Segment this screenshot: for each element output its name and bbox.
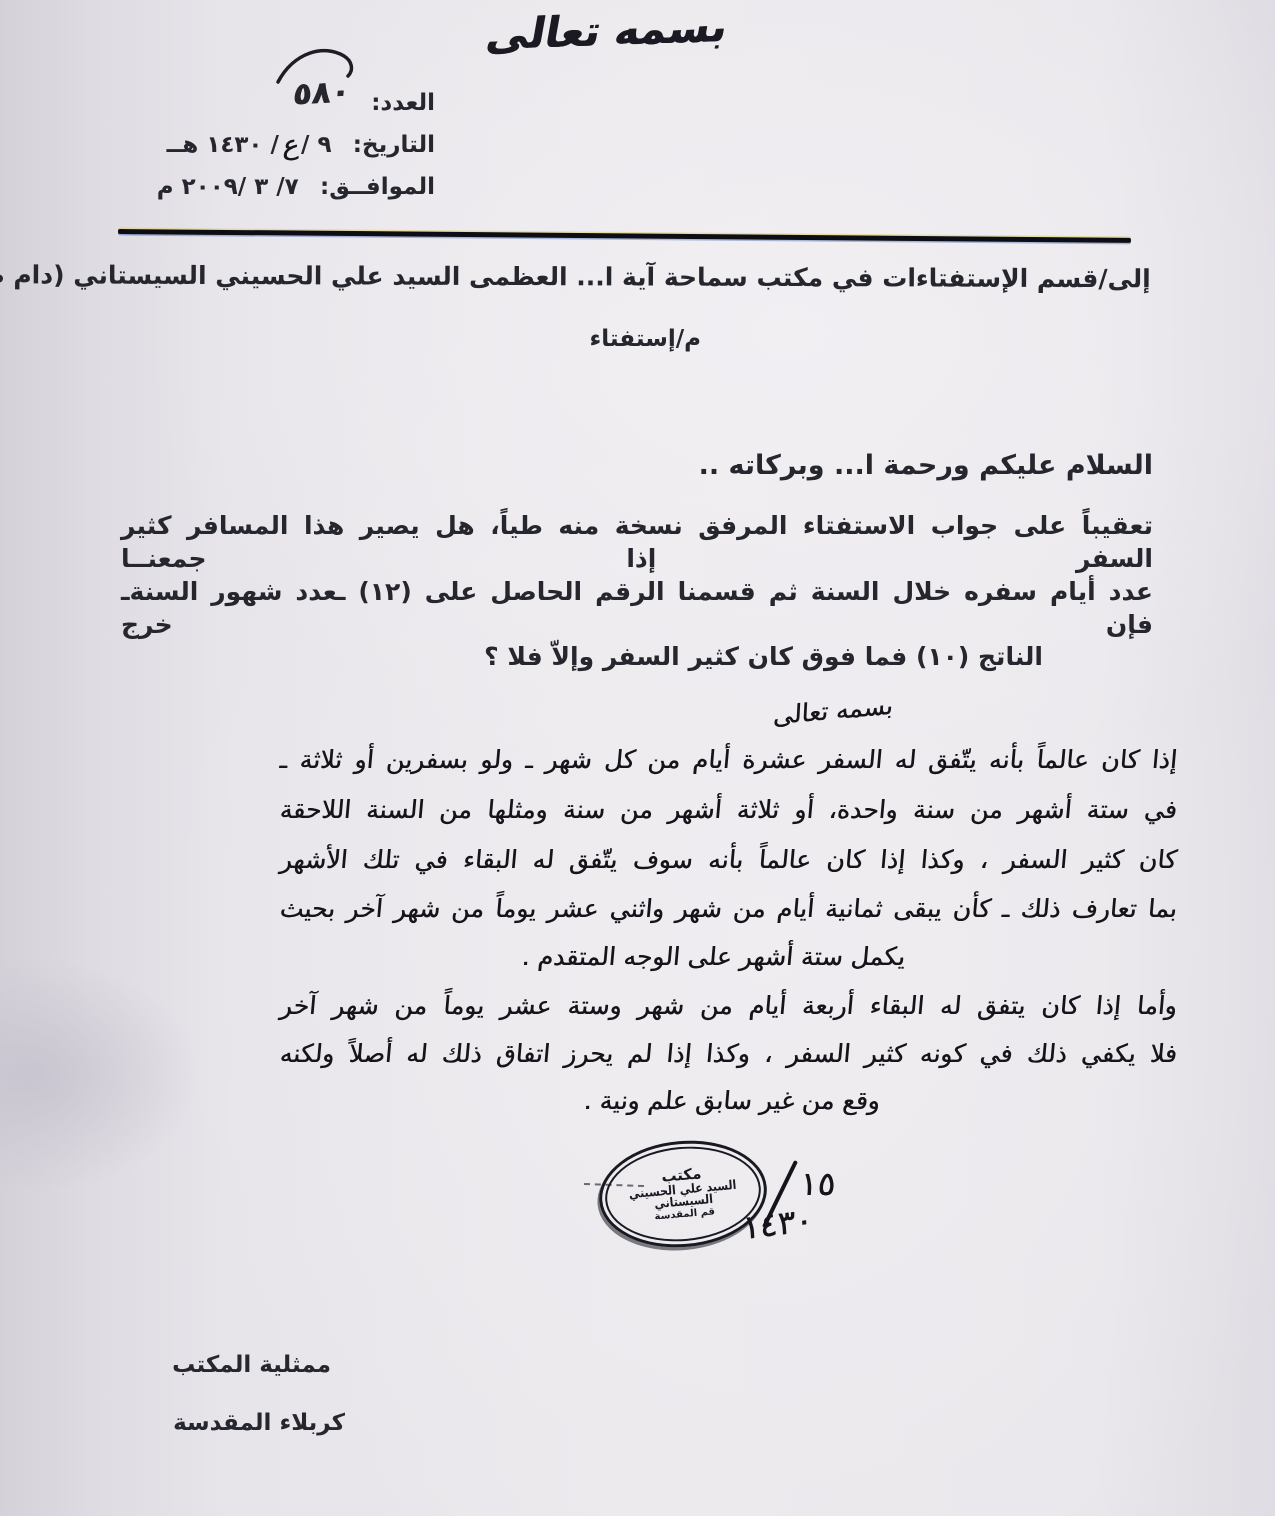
basmala-calligraphy: بسمه تعالى: [482, 2, 731, 60]
salutation-line: السلام عليكم ورحمة ا... وبركاته ..: [699, 450, 1153, 481]
document-number-row: العدد: ٥٨٠: [293, 82, 435, 118]
question-line-1: تعقيباً على جواب الاستفتاء المرفق نسخة م…: [121, 510, 1153, 575]
hijri-date-month-handwritten: ع: [282, 129, 301, 162]
footer-city-name: كربلاء المقدسة: [173, 1410, 345, 1436]
seal-date-year: ١٤٣٠: [742, 1200, 814, 1248]
hijri-date-day: ٩ /: [301, 132, 331, 158]
answer-line-3: كان كثير السفر ، وكذا إذا كان عالماً بأن…: [279, 844, 1179, 875]
gregorian-date-value: ٧/ ٣ /٢٠٠٩ م: [157, 174, 299, 200]
hijri-date-year: / ١٤٣٠ هــ: [167, 132, 279, 158]
gregorian-date-label: الموافــق:: [320, 174, 435, 200]
answer-line-2: في ستة أشهر من سنة واحدة، أو ثلاثة أشهر …: [279, 794, 1179, 825]
header-divider-line: [118, 229, 1131, 243]
answer-line-7: فلا يكفي ذلك في كونه كثير السفر ، وكذا إ…: [279, 1038, 1179, 1069]
seal-text-block: مكتب السيد علي الحسيني السيستاني قم المق…: [627, 1163, 739, 1224]
document-number-value: ٥٨٠: [291, 74, 351, 113]
footer-office-name: ممثلية المكتب: [172, 1352, 331, 1378]
addressee-line: إلى/قسم الإستفتاءات في مكتب سماحة آية ا.…: [0, 260, 1151, 294]
question-line-2: عدد أيام سفره خلال السنة ثم قسمنا الرقم …: [121, 576, 1153, 641]
gregorian-date-row: الموافــق: ٧/ ٣ /٢٠٠٩ م: [157, 174, 435, 200]
hijri-date-label: التاريخ:: [353, 132, 435, 158]
answer-basmala: بسمه تعالى: [772, 691, 893, 731]
answer-line-4: بما تعارف ذلك ـ كأن يبقى ثمانية أيام من …: [279, 893, 1179, 924]
answer-line-5: يكمل ستة أشهر على الوجه المتقدم .: [521, 942, 907, 971]
question-line-3: الناتج (١٠) فما فوق كان كثير السفر وإلاّ…: [484, 642, 1043, 671]
subject-line: م/إستفتاء: [590, 326, 702, 352]
answer-line-6: وأما إذا كان يتفق له البقاء أربعة أيام م…: [279, 990, 1179, 1021]
answer-line-8: وقع من غير سابق علم ونية .: [583, 1086, 882, 1115]
hijri-date-row: التاريخ: ٩ /ع/ ١٤٣٠ هــ: [167, 128, 435, 159]
document-number-label: العدد:: [371, 90, 435, 116]
scanned-letter-page: بسمه تعالى العدد: ٥٨٠ التاريخ: ٩ /ع/ ١٤٣…: [0, 0, 1275, 1516]
seal-date-day: ١٥: [798, 1164, 837, 1203]
answer-line-1: إذا كان عالماً بأنه يتّفق له السفر عشرة …: [279, 744, 1179, 775]
